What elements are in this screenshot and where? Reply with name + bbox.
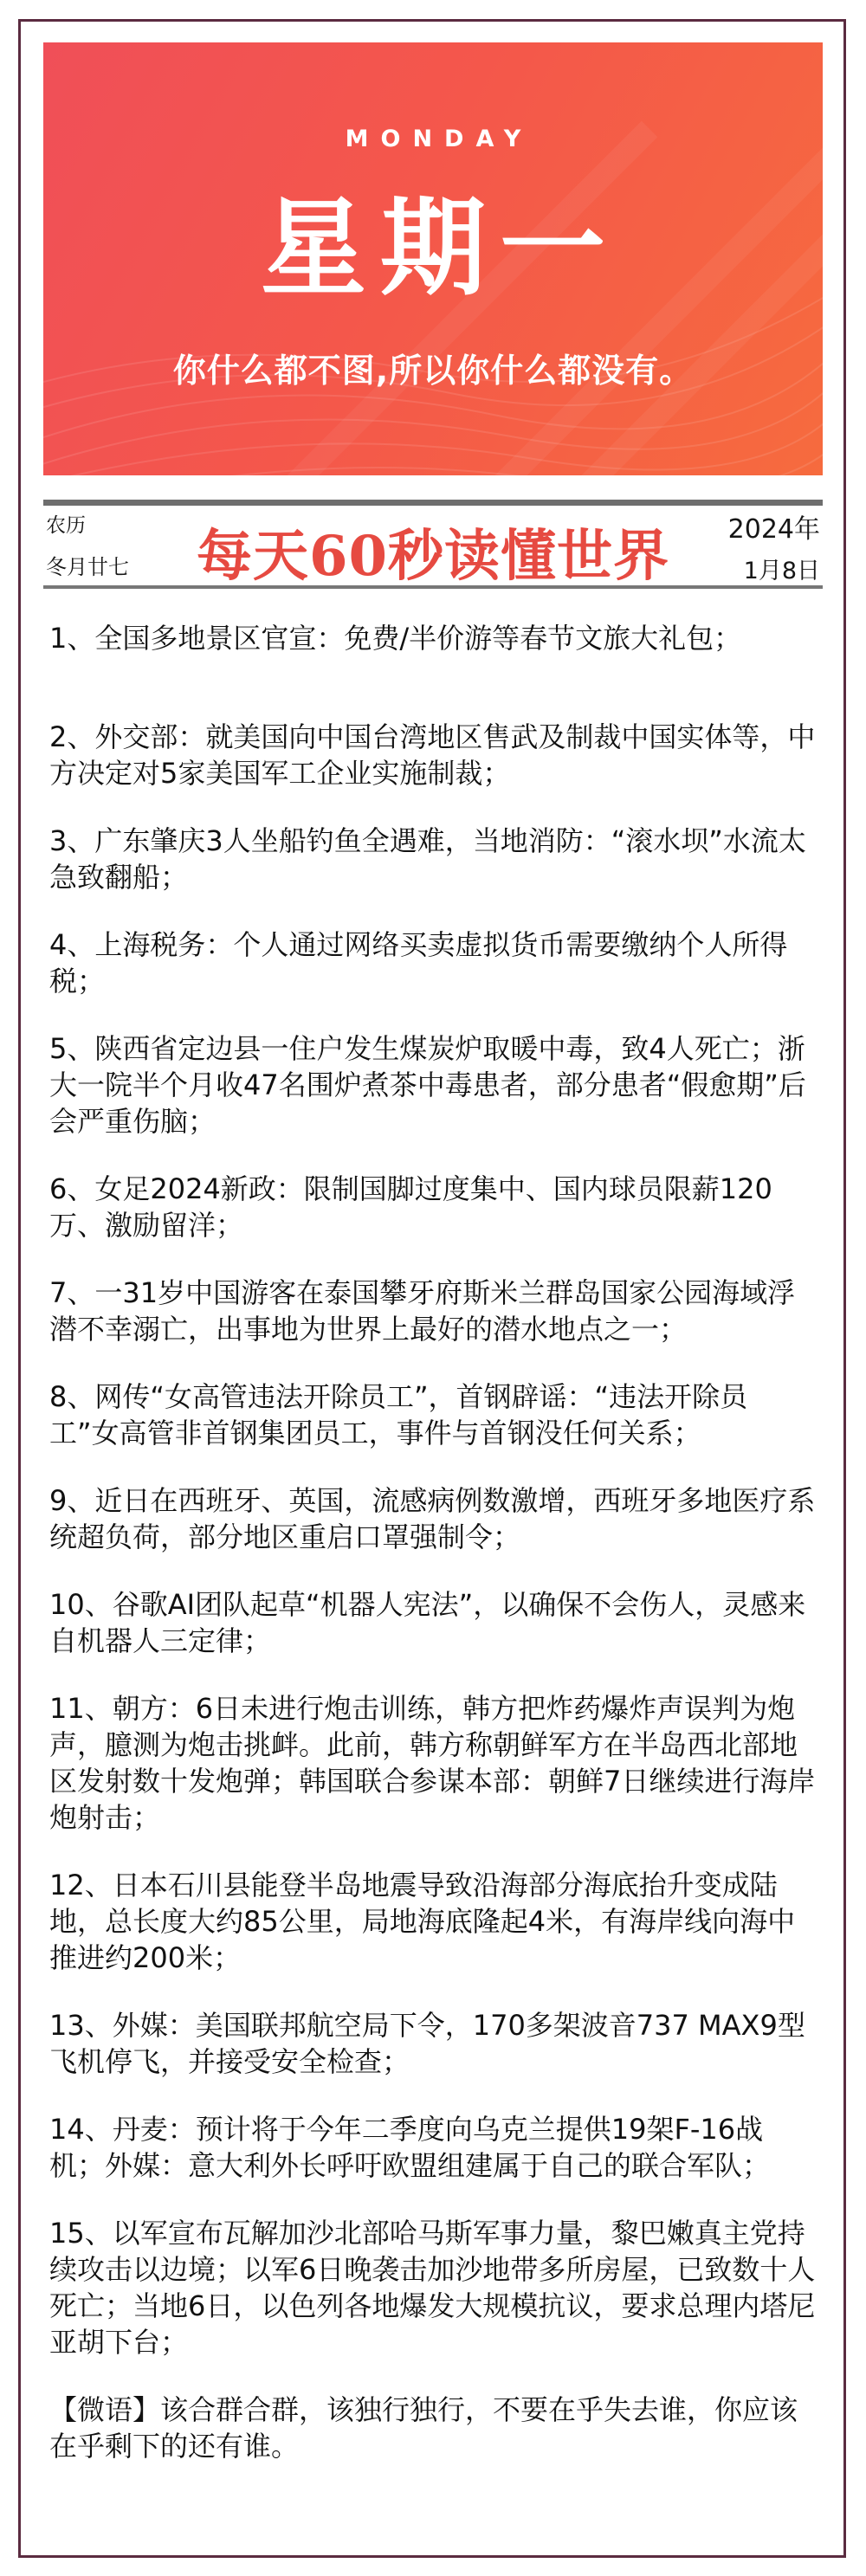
weiyu-quote: 【微语】该合群合群，该独行独行，不要在乎失去谁，你应该在乎剩下的还有谁。: [49, 2392, 817, 2464]
news-item-11: 11、朝方：6日未进行炮击训练，韩方把炸药爆炸声误判为炮声，臆测为炮击挑衅。此前…: [49, 1690, 817, 1836]
weekday-english-label: MONDAY: [43, 126, 823, 152]
banner-quote: 你什么都不图,所以你什么都没有。: [43, 344, 823, 391]
news-item-12: 12、日本石川县能登半岛地震导致沿海部分海底抬升变成陆地，总长度大约85公里，局…: [49, 1867, 817, 1976]
news-item-3: 3、广东肇庆3人坐船钓鱼全遇难，当地消防：“滚水坝”水流太急致翻船；: [49, 823, 817, 895]
poster-canvas: MONDAY 星期一 你什么都不图,所以你什么都没有。 农历 冬月廿七 每天60…: [0, 0, 866, 2576]
news-item-13: 13、外媒：美国联邦航空局下令，170多架波音737 MAX9型飞机停飞，并接受…: [49, 2007, 817, 2080]
news-item-8: 8、网传“女高管违法开除员工”，首钢辟谣：“违法开除员工”女高管非首钢集团员工，…: [49, 1378, 817, 1451]
news-item-7: 7、一31岁中国游客在泰国攀牙府斯米兰群岛国家公园海域浮潜不幸溺亡，出事地为世界…: [49, 1275, 817, 1347]
page-title: 每天60秒读懂世界: [43, 512, 823, 591]
news-item-6: 6、女足2024新政：限制国脚过度集中、国内球员限薪120万、激励留洋；: [49, 1171, 817, 1243]
news-item-4: 4、上海税务：个人通过网络买卖虚拟货币需要缴纳个人所得税；: [49, 926, 817, 999]
news-item-5: 5、陕西省定边县一住户发生煤炭炉取暖中毒，致4人死亡；浙大一院半个月收47名围炉…: [49, 1030, 817, 1140]
weekday-chinese-label: 星期一: [43, 164, 823, 315]
divider-thin: [43, 585, 823, 589]
news-item-10: 10、谷歌AI团队起草“机器人宪法”，以确保不会伤人，灵感来自机器人三定律；: [49, 1586, 817, 1659]
news-item-2: 2、外交部：就美国向中国台湾地区售武及制裁中国实体等，中方决定对5家美国军工企业…: [49, 719, 817, 791]
news-item-14: 14、丹麦：预计将于今年二季度向乌克兰提供19架F-16战机；外媒：意大利外长呼…: [49, 2111, 817, 2184]
header-banner: MONDAY 星期一 你什么都不图,所以你什么都没有。: [43, 42, 823, 475]
news-item-9: 9、近日在西班牙、英国，流感病例数激增，西班牙多地医疗系统超负荷，部分地区重启口…: [49, 1482, 817, 1555]
news-item-1: 1、全国多地景区官宣：免费/半价游等春节文旅大礼包；: [49, 620, 817, 656]
divider-thick: [43, 500, 823, 506]
masthead: 农历 冬月廿七 每天60秒读懂世界 2024年 1月8日: [43, 500, 823, 589]
date-label: 1月8日: [744, 552, 820, 585]
year-label: 2024年: [728, 507, 820, 546]
news-item-15: 15、以军宣布瓦解加沙北部哈马斯军事力量，黎巴嫩真主党持续攻击以边境；以军6日晚…: [49, 2215, 817, 2360]
news-list: 1、全国多地景区官宣：免费/半价游等春节文旅大礼包； 2、外交部：就美国向中国台…: [49, 620, 817, 2495]
